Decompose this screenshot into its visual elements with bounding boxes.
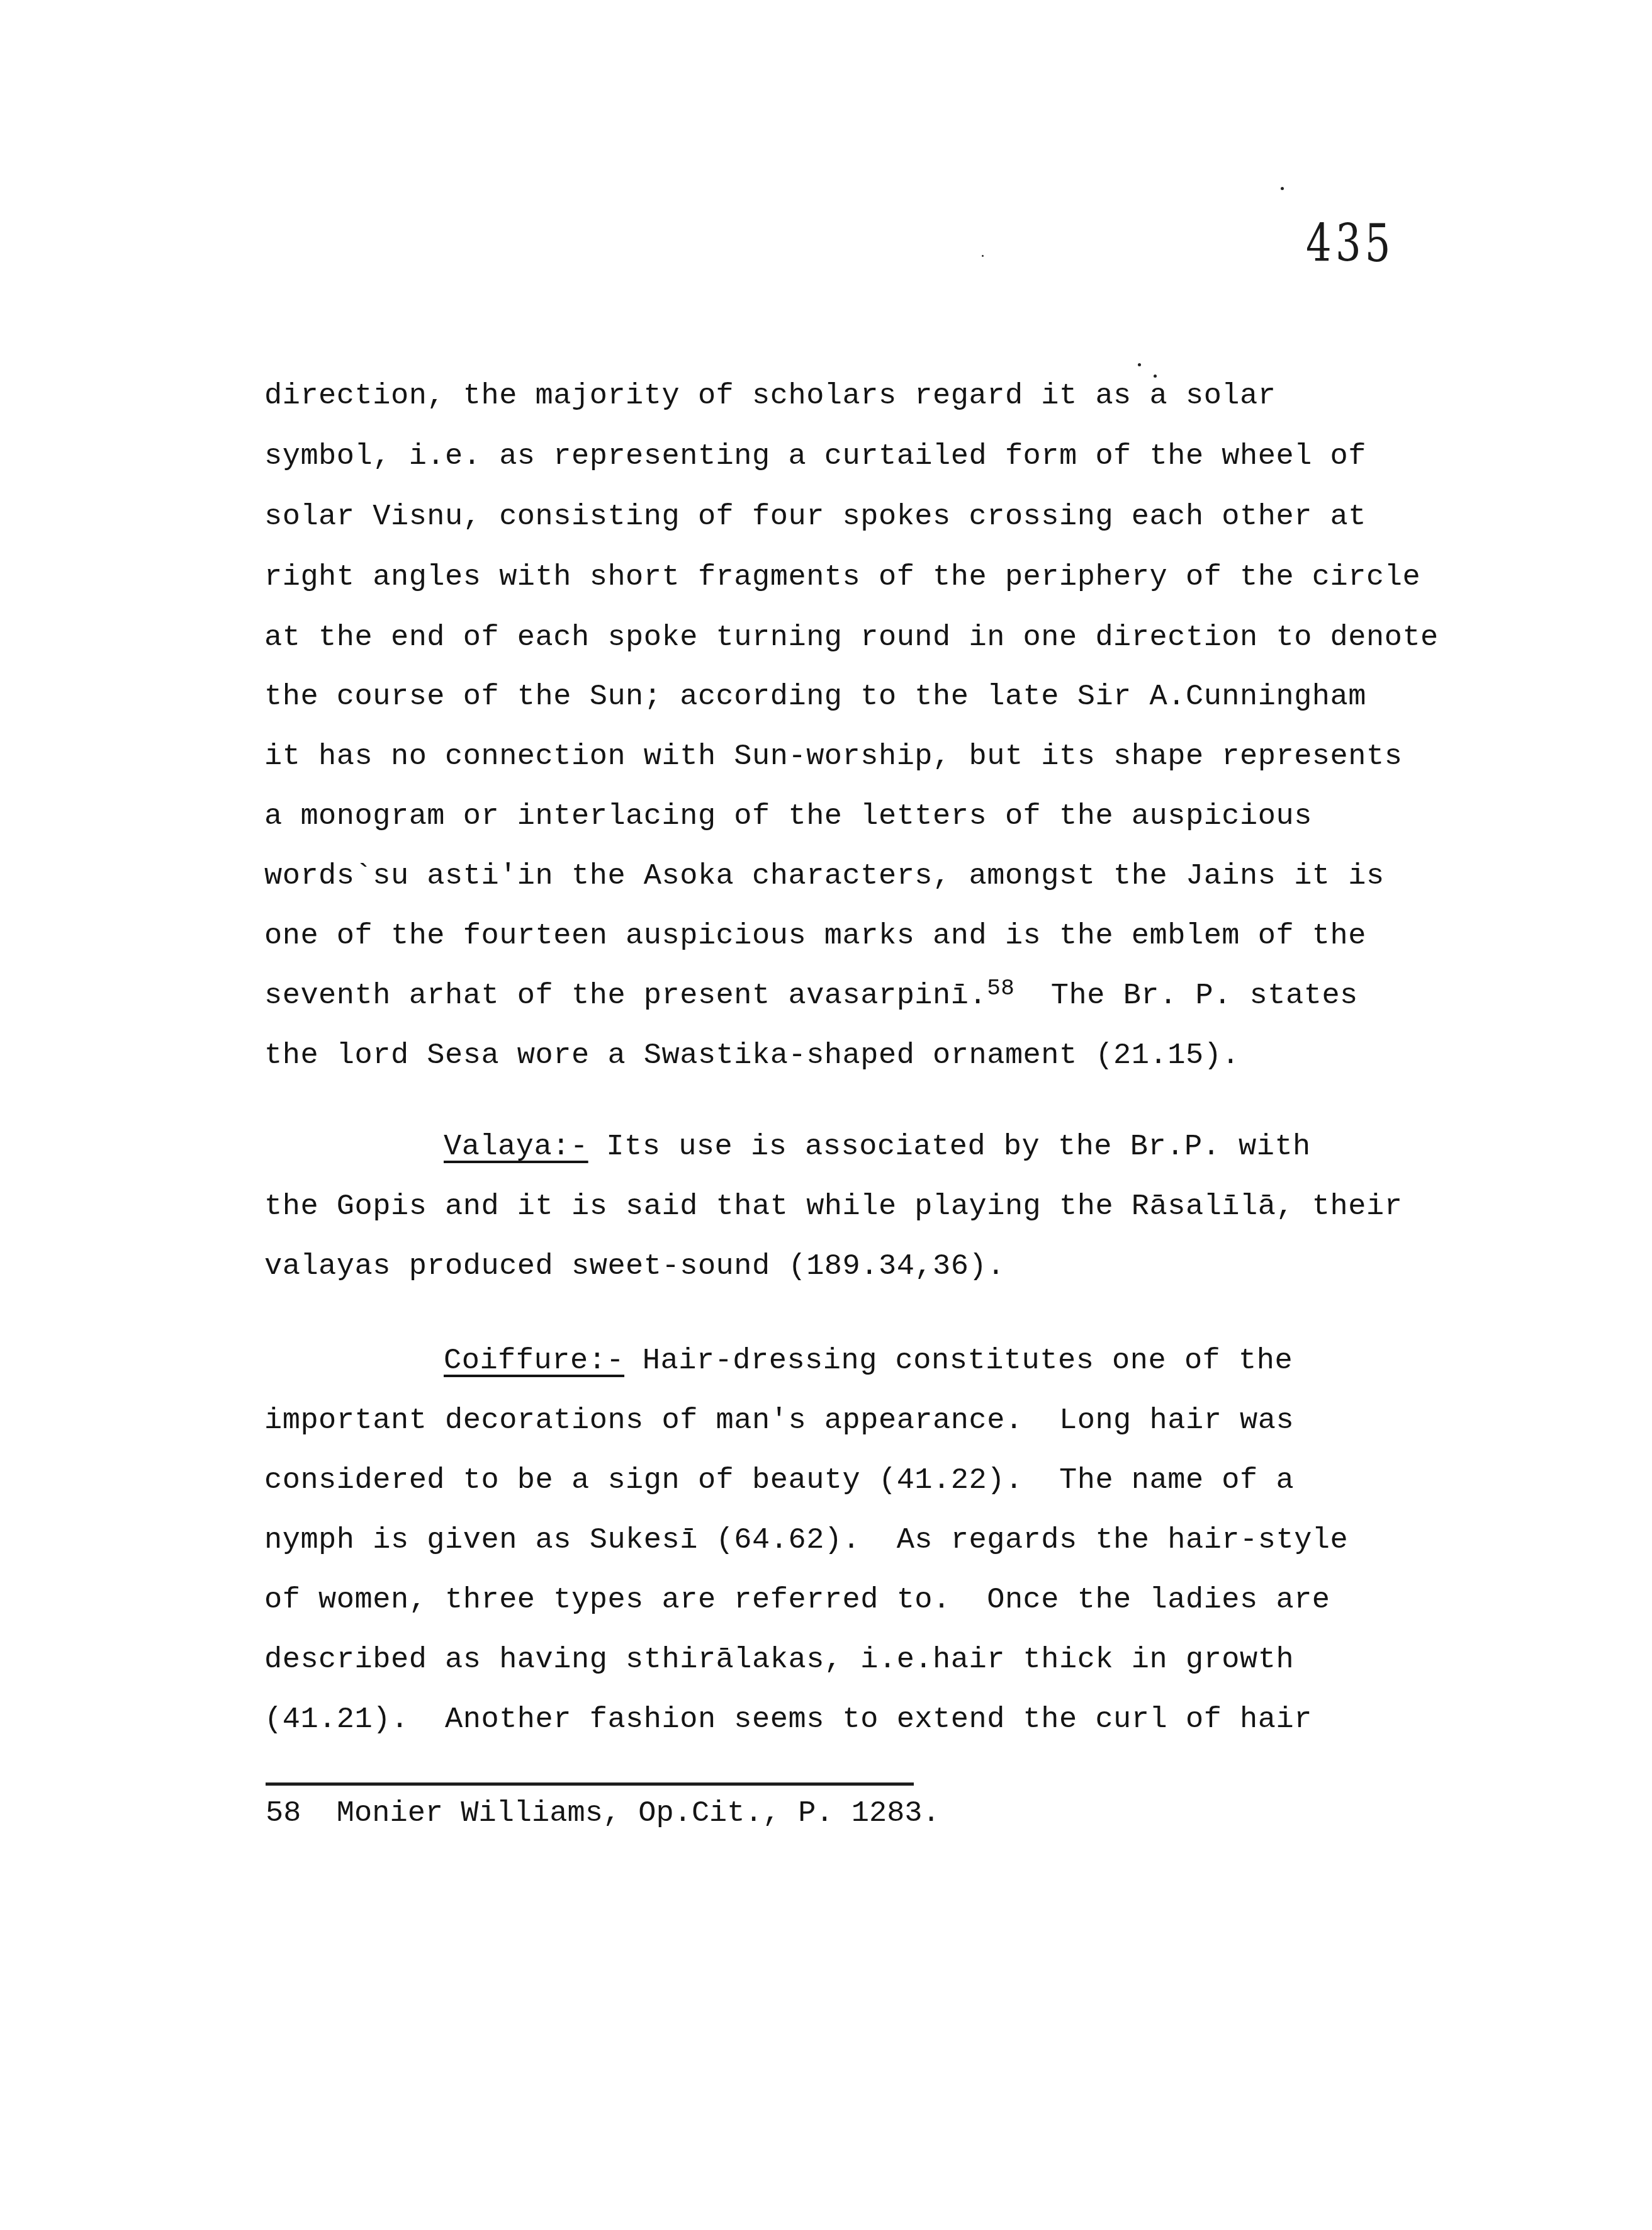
section-heading-coiffure: Coiffure:- (444, 1344, 624, 1378)
text-line: a monogram or interlacing of the letters… (264, 798, 1312, 836)
footnote-58: 58 Monier Williams, Op.Cit., P. 1283. (266, 1795, 940, 1833)
text-line: one of the fourteen auspicious marks and… (264, 918, 1366, 955)
footnote-divider (266, 1782, 914, 1786)
text-line: seventh arhat of the present avasarpinī.… (264, 977, 1358, 1016)
text-line: the lord Sesa wore a Swastika-shaped orn… (264, 1037, 1240, 1075)
text-fragment: seventh arhat of the present avasarpinī. (264, 979, 987, 1013)
text-line: direction, the majority of scholars rega… (264, 378, 1276, 415)
text-line: Coiffure:- Hair-dressing constitutes one… (444, 1343, 1293, 1380)
text-line: considered to be a sign of beauty (41.22… (264, 1462, 1294, 1500)
scan-speck (1281, 187, 1284, 190)
text-line: of women, three types are referred to. O… (264, 1582, 1330, 1619)
footnote-reference[interactable]: 58 (987, 976, 1014, 1001)
text-line: described as having sthirālakas, i.e.hai… (264, 1642, 1294, 1679)
text-fragment: The Br. P. states (1014, 979, 1357, 1013)
text-line: solar Visnu, consisting of four spokes c… (264, 498, 1366, 536)
text-line: Valaya:- Its use is associated by the Br… (444, 1129, 1311, 1166)
scan-speck (1138, 363, 1141, 366)
text-line: (41.21). Another fashion seems to extend… (264, 1701, 1312, 1739)
text-fragment: Hair-dressing constitutes one of the (624, 1344, 1293, 1378)
text-line: nymph is given as Sukesī (64.62). As reg… (264, 1522, 1348, 1560)
text-line: the Gopis and it is said that while play… (264, 1188, 1402, 1226)
text-line: valayas produced sweet-sound (189.34,36)… (264, 1248, 1005, 1286)
text-line: right angles with short fragments of the… (264, 559, 1420, 597)
scan-speck (982, 255, 984, 257)
text-line: important decorations of man's appearanc… (264, 1402, 1294, 1440)
section-heading-valaya: Valaya:- (444, 1130, 588, 1164)
text-line: the course of the Sun; according to the … (264, 679, 1366, 716)
page-number: 435 (1306, 214, 1395, 274)
text-line: at the end of each spoke turning round i… (264, 619, 1439, 657)
text-line: it has no connection with Sun-worship, b… (264, 738, 1402, 776)
text-line: words`su asti'in the Asoka characters, a… (264, 858, 1385, 896)
text-line: symbol, i.e. as representing a curtailed… (264, 438, 1366, 476)
text-fragment: Its use is associated by the Br.P. with (588, 1130, 1311, 1164)
